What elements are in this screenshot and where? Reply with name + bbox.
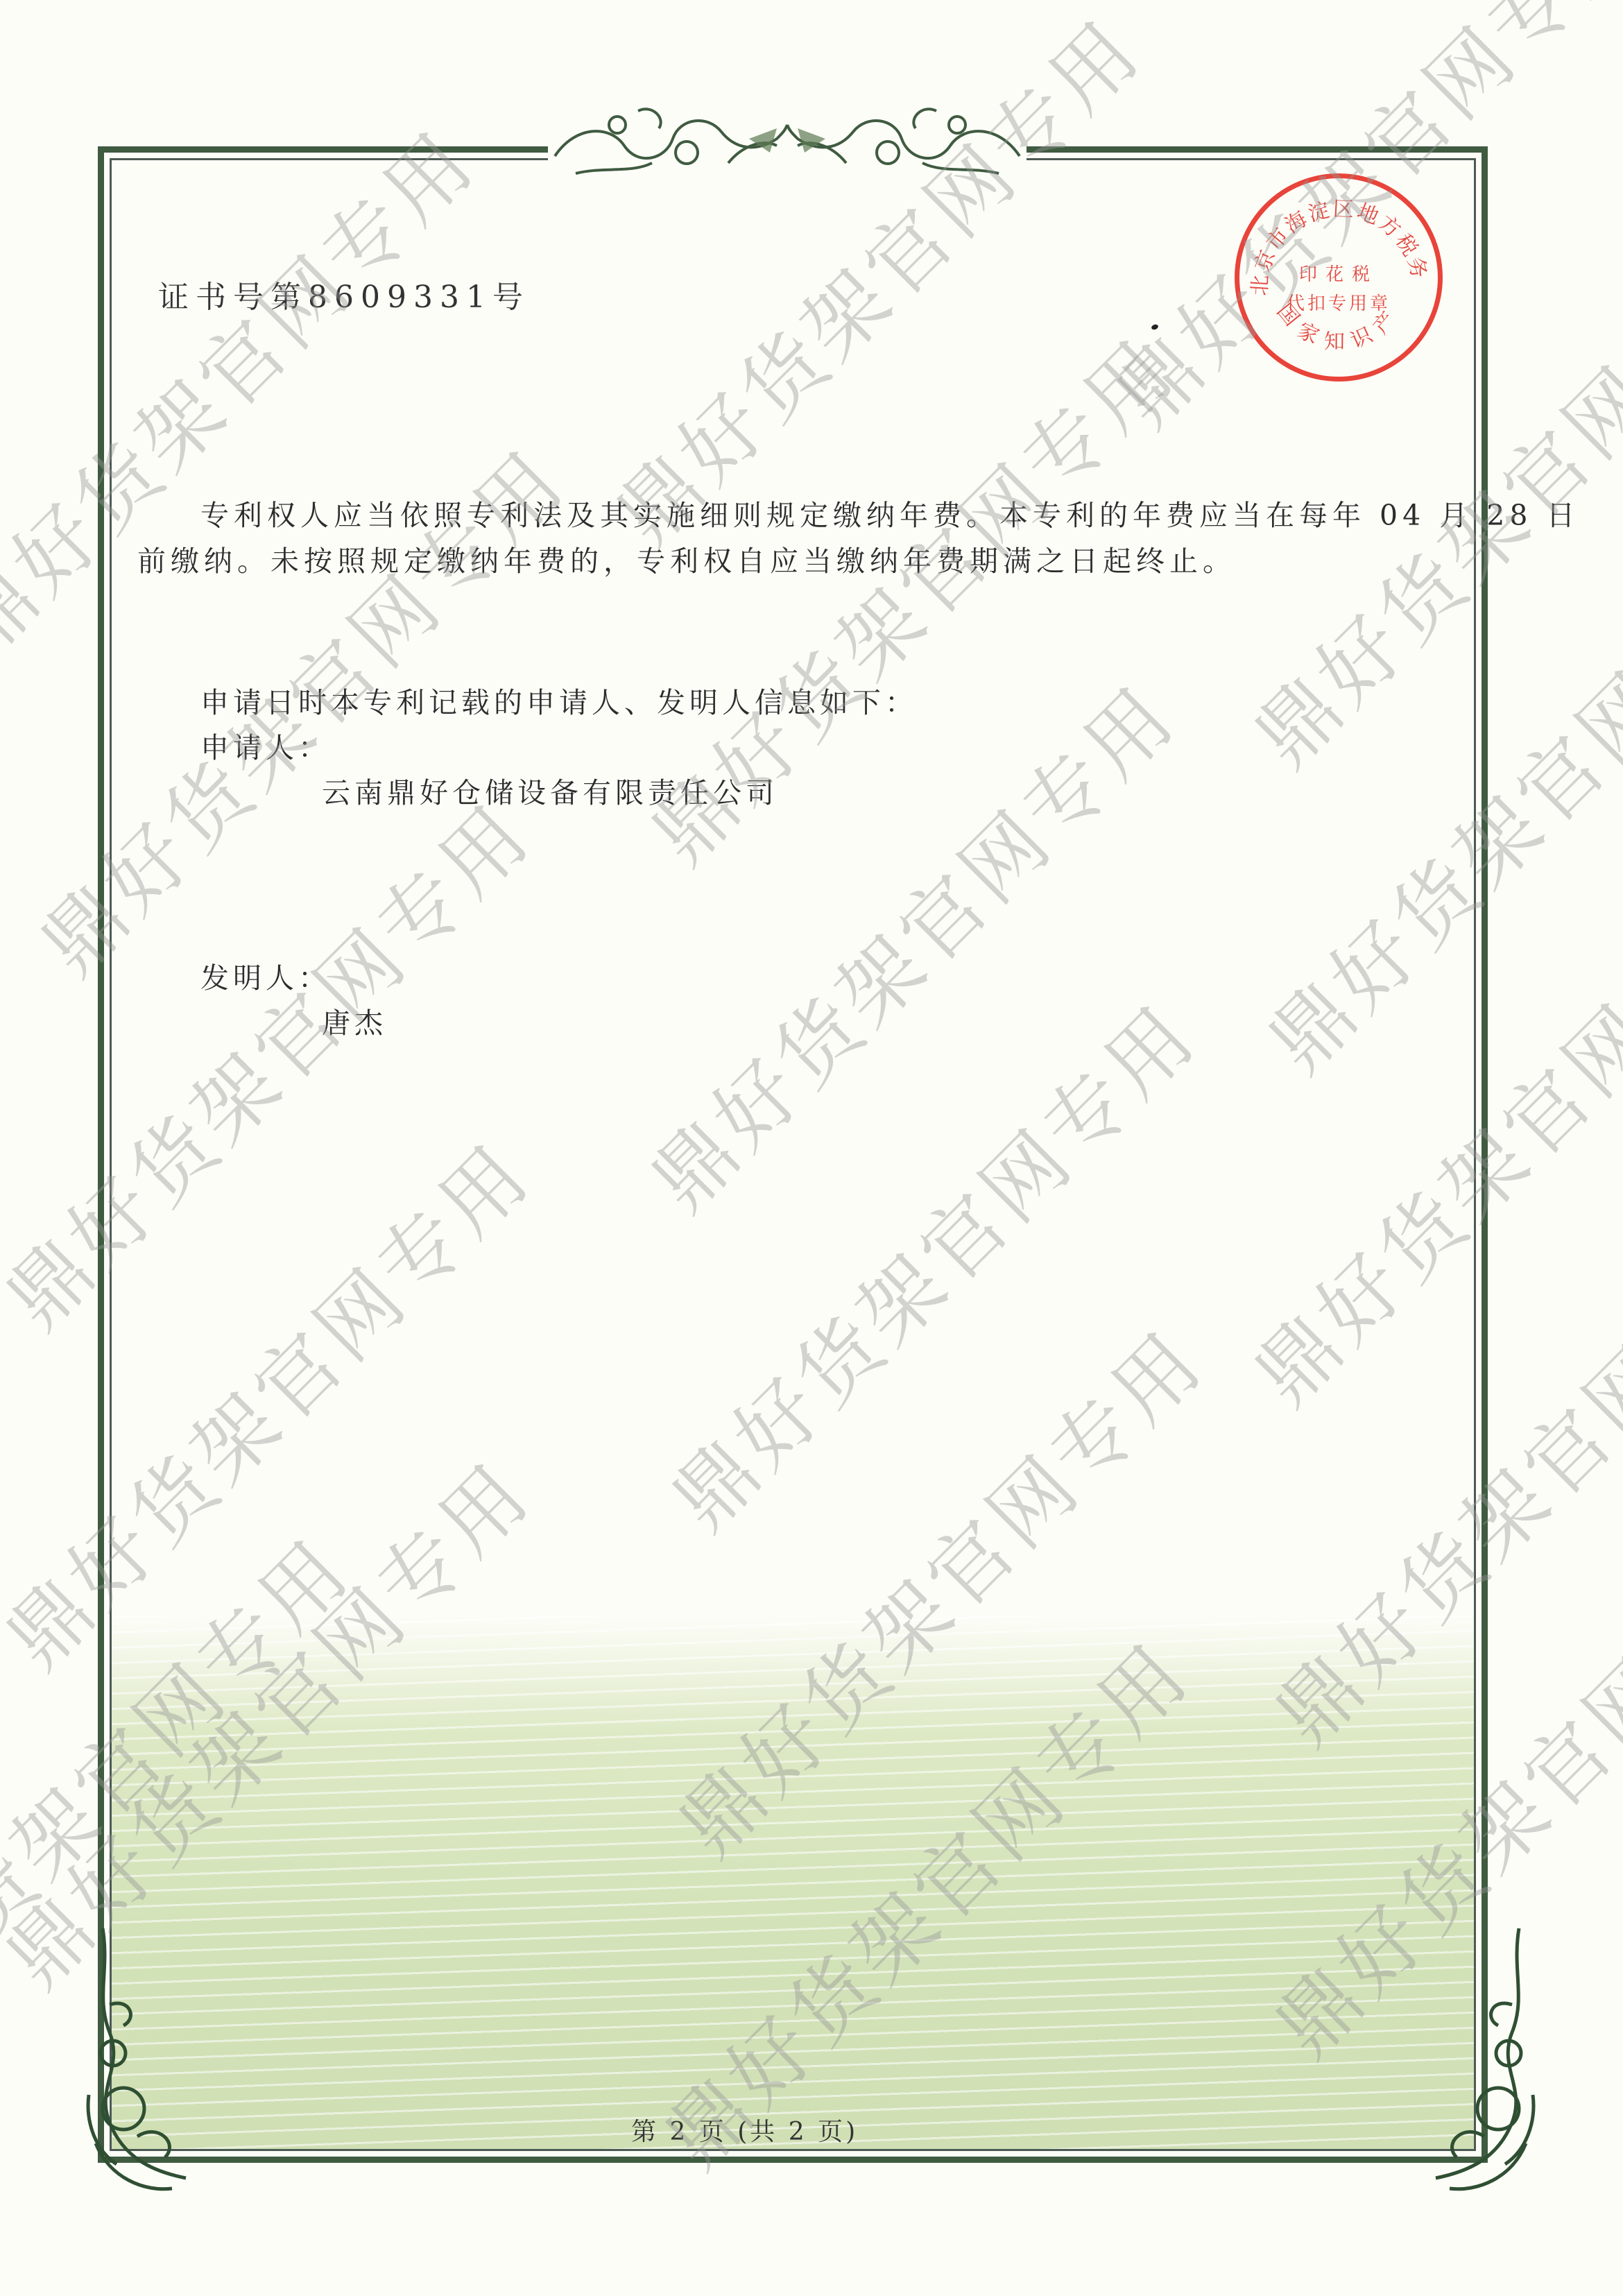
certificate-frame-inner: [110, 158, 1476, 2151]
fee-notice-line-2: 前缴纳。未按照规定缴纳年费的，专利权自应当缴纳年费期满之日起终止。: [137, 538, 1236, 579]
applicant-name: 云南鼎好仓储设备有限责任公司: [322, 770, 778, 811]
seal-center-line-2: 代扣专用章: [1239, 289, 1438, 315]
official-seal-stamp: 北京市海淀区地方税务局 国家知识产权局 印花税 代扣专用章: [1235, 173, 1443, 382]
corner-ornament-bottom-left-icon: [82, 1914, 207, 2206]
corner-ornament-bottom-right-icon: [1415, 1914, 1540, 2206]
top-ornament-icon: [548, 97, 1027, 187]
page-number-footer: 第 2 页 (共 2 页): [631, 2112, 858, 2148]
seal-center-line-1: 印花税: [1239, 260, 1438, 286]
inventor-label: 发明人：: [200, 955, 331, 996]
certificate-number: 证书号第8609331号: [158, 272, 530, 316]
inventor-name: 唐杰: [322, 1000, 387, 1041]
fee-notice-line-1: 专利权人应当依照专利法及其实施细则规定缴纳年费。本专利的年费应当在每年 04 月…: [200, 492, 1579, 533]
info-intro: 申请日时本专利记载的申请人、发明人信息如下：: [200, 680, 918, 721]
applicant-label: 申请人：: [200, 725, 331, 766]
